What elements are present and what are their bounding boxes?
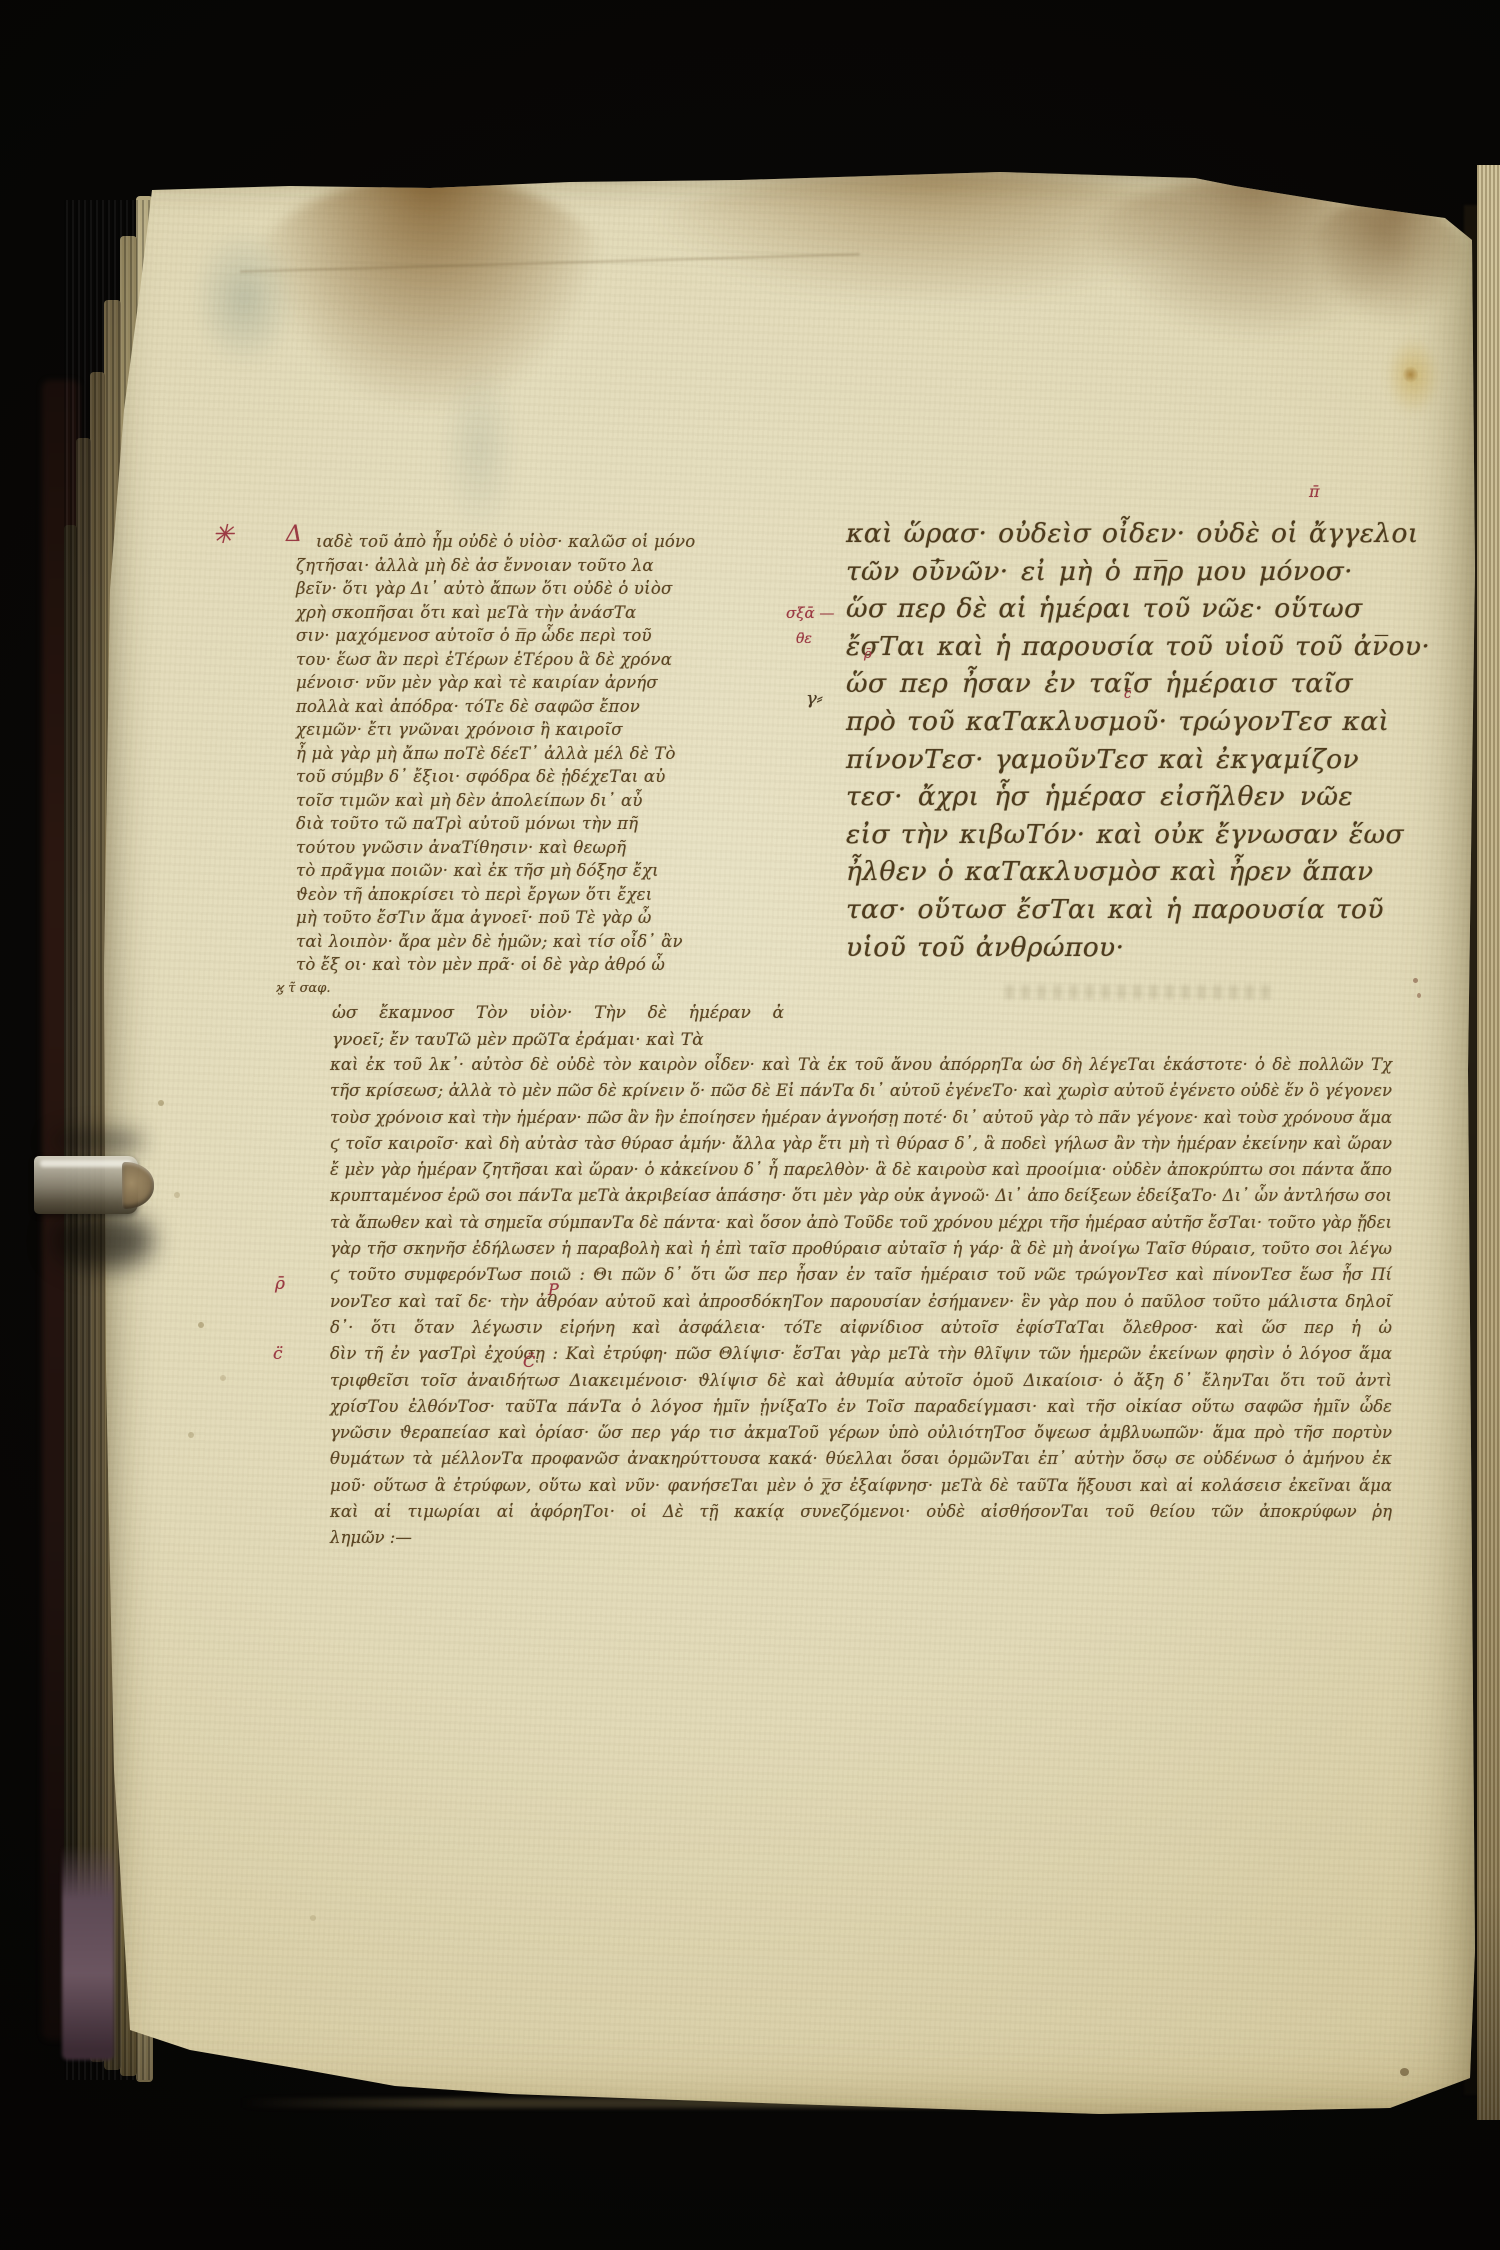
text-line: ὥσ περ δὲ αἱ ἡμέραι τοῦ νῶε· οὕτωσ bbox=[846, 590, 1353, 628]
text-line: ϑεὸν τῆ ἀποκρίσει τὸ περὶ ἔργων ὅτι ἔχει bbox=[296, 883, 596, 907]
commentary-column: ιαδὲ τοῦ ἀπὸ ἧμ οὐδὲ ὁ υἱὸσ· καλῶσ οἱ μό… bbox=[296, 530, 596, 977]
inline-scholion-rho: Ρ̄ bbox=[548, 1282, 559, 1298]
text-line: πίνονΤεσ· γαμοῦνΤεσ καὶ ἐκγαμίζον bbox=[846, 741, 1353, 779]
manuscript-photo: ιαδὲ τοῦ ἀπὸ ἧμ οὐδὲ ὁ υἱὸσ· καλῶσ οἱ μό… bbox=[0, 0, 1500, 2250]
rubric-initial-delta: Δ bbox=[286, 524, 302, 546]
text-line: ὡσ ἔκαμνοσ Τὸν υἱὸν· Τὴν δὲ ἡμέραν ἀ bbox=[332, 1000, 784, 1027]
text-line: τὰ ἄπωθεν καὶ τὰ σημεῖα σύμπανΤα δὲ πάντ… bbox=[330, 1210, 1392, 1236]
text-line: θυμάτων τὰ μέλλονΤα προφανῶσ ἀνακηρύττου… bbox=[330, 1446, 1392, 1472]
text-line: ἦ μὰ γὰρ μὴ ἄπω ποΤὲ δέεΤ᾽ ἀλλὰ μέλ δὲ Τ… bbox=[296, 742, 596, 766]
text-line: διὰ τοῦτο τῶ παΤρὶ αὐτοῦ μόνωι τὴν πῆ bbox=[296, 812, 596, 836]
text-line: τοῦ σύμβν δ᾽ ἔξιοι· σφόδρα δὲ ᾐδέχεΤαι α… bbox=[296, 765, 596, 789]
text-line: ταὶ λοιπὸν· ἄρα μὲν δὲ ἡμῶν; καὶ τίσ οἶδ… bbox=[296, 930, 596, 954]
text-line: ἦλθεν ὁ καΤακλυσμὸσ καὶ ἦρεν ἅπαν bbox=[846, 853, 1353, 891]
burn-stain bbox=[240, 174, 620, 424]
text-line: πολλὰ καὶ ἀπόδρα· τόΤε δὲ σαφῶσ ἔπον bbox=[296, 695, 596, 719]
text-line: καὶ αἱ τιμωρίαι αἱ ἀφόρηΤοι· οἱ Δὲ τῇ κα… bbox=[330, 1499, 1392, 1525]
wax-stain bbox=[1386, 338, 1440, 414]
speck bbox=[1413, 978, 1418, 983]
text-line: υἱοῦ τοῦ ἀνθρώπου· bbox=[846, 929, 1353, 967]
speck bbox=[1400, 2068, 1409, 2076]
commentary-lower-block: καὶ ἐκ τοῦ λκ᾽· αὐτὸσ δὲ οὐδὲ τὸν καιρὸν… bbox=[330, 1052, 1392, 1552]
text-line: τριφθεῖσι τοῖσ ἀναιδήτωσ Διακειμένοισ· ϑ… bbox=[330, 1368, 1392, 1394]
clip-highlight bbox=[40, 1160, 132, 1167]
text-line: τασ· οὕτωσ ἔσΤαι καὶ ἡ παρουσία τοῦ bbox=[846, 891, 1353, 929]
margin-note-kai-saph: ϗ τ̃ σαφ. bbox=[276, 982, 330, 995]
binding-shadow bbox=[62, 1845, 114, 2060]
clip-shadow bbox=[50, 1128, 145, 1154]
show-through-text bbox=[1005, 985, 1270, 999]
text-line: καὶ ἐκ τοῦ λκ᾽· αὐτὸσ δὲ οὐδὲ τὸν καιρὸν… bbox=[330, 1052, 1392, 1078]
text-line: δ᾽· ὅτι ὅταν λέγωσιν εἰρήνη καὶ ἀσφάλεια… bbox=[330, 1315, 1392, 1341]
text-line: κρυπταμένοσ ἐρῶ σοι πάνΤα μεΤὰ ἀκριβείασ… bbox=[330, 1183, 1392, 1209]
rubric-asterisk: ✳ bbox=[212, 522, 234, 548]
ink-smudge bbox=[442, 362, 517, 532]
parchment-crease bbox=[240, 253, 860, 272]
speck bbox=[174, 1192, 180, 1198]
text-line: καὶ ὥρασ· οὐδεὶσ οἶδεν· οὐδὲ οἱ ἄγγελοι bbox=[846, 515, 1353, 553]
text-line: χρίσΤου ἐλθόνΤοσ· ταῦΤα πάνΤα ὁ λόγοσ ἡμ… bbox=[330, 1394, 1392, 1420]
interlinear-rho: ρ̄ bbox=[864, 648, 872, 661]
text-line: ϛ τοῖσ καιροῖσ· καὶ δὴ αὐτὰσ τὰσ θύρασ ἀ… bbox=[330, 1131, 1392, 1157]
fore-edge-texture bbox=[1477, 165, 1500, 2120]
speck bbox=[158, 1100, 164, 1106]
text-line: μὴ τοῦτο ἔσΤιν ἅμα ἀγνοεῖ· ποῦ Τὲ γὰρ ὦ bbox=[296, 906, 596, 930]
text-line: τεσ· ἄχρι ἧσ ἡμέρασ εἰσῆλθεν νῶε bbox=[846, 778, 1353, 816]
text-line: πρὸ τοῦ καΤακλυσμοῦ· τρώγονΤεσ καὶ bbox=[846, 703, 1353, 741]
gospel-text-column: καὶ ὥρασ· οὐδεὶσ οἶδεν· οὐδὲ οἱ ἄγγελοιτ… bbox=[846, 515, 1353, 966]
text-line: χρὴ σκοπῆσαι ὅτι καὶ μεΤὰ τὴν ἀνάσΤα bbox=[296, 601, 596, 625]
text-line: ἔ μὲν γὰρ ἡμέραν ζητῆσαι καὶ ὥραν· ὁ κἀκ… bbox=[330, 1157, 1392, 1183]
text-line: τὸ πρᾶγμα ποιῶν· καὶ ἐκ τῆσ μὴ δόξησ ἔχι bbox=[296, 859, 596, 883]
text-line: δὶν τῆ ἐν γασΤρὶ ἐχούσῃ : Καὶ ἐτρύφη· πῶ… bbox=[330, 1341, 1392, 1367]
text-line: τοῖσ τιμῶν καὶ μὴ δὲν ἀπολείπων δι᾽ αὖ bbox=[296, 789, 596, 813]
text-line: γνῶσιν ϑεραπείασ καὶ ὁρίασ· ὥσ περ γάρ τ… bbox=[330, 1420, 1392, 1446]
quire-number-pi: π̄ bbox=[1309, 484, 1320, 500]
margin-scholion-rho: ρ̄ bbox=[275, 1276, 285, 1293]
text-line: σιν· μαχόμενοσ αὐτοῖσ ὁ π̅ρ ὧδε περὶ τοῦ bbox=[296, 624, 596, 648]
text-line: βεῖν· ὅτι γὰρ Δι᾽ αὐτὸ ἄπων ὅτι οὐδὲ ὁ υ… bbox=[296, 577, 596, 601]
text-line: μοῦ· οὕτωσ ἃ ἐτρύφων, οὕτω καὶ νῦν· φανή… bbox=[330, 1473, 1392, 1499]
burn-stain bbox=[1305, 198, 1465, 328]
burn-stain bbox=[1075, 178, 1405, 343]
clip-shadow bbox=[52, 1212, 154, 1270]
ink-smudge bbox=[192, 228, 297, 368]
speck bbox=[188, 1432, 194, 1438]
text-line: τῆσ κρίσεωσ; ἀλλὰ τὸ μὲν πῶσ δὲ κρίνειν … bbox=[330, 1078, 1392, 1104]
margin-scholion-sigma: c̈ bbox=[273, 1346, 283, 1363]
text-line: τῶν οὐ̅νῶν· εἰ μὴ ὁ πη̅ρ μου μόνοσ· bbox=[846, 553, 1353, 591]
commentary-mid-lines: ὡσ ἔκαμνοσ Τὸν υἱὸν· Τὴν δὲ ἡμέραν ἀγνοε… bbox=[332, 1000, 784, 1054]
text-line: λημῶν :— bbox=[330, 1525, 1392, 1551]
inline-scholion-sigma: C̈ bbox=[523, 1354, 535, 1370]
text-line: τὸ ἔξ οι· καὶ τὸν μὲν πρᾶ· οἱ δὲ γὰρ ἀθρ… bbox=[296, 953, 596, 977]
parchment-page: ιαδὲ τοῦ ἀπὸ ἧμ οὐδὲ ὁ υἱὸσ· καλῶσ οἱ μό… bbox=[100, 170, 1475, 2120]
margin-gamma-mark: γ⸗ bbox=[806, 690, 823, 708]
text-line: γὰρ τῆσ σκηνῆσ ἐδήλωσεν ἡ παραβολὴ καὶ ἡ… bbox=[330, 1236, 1392, 1262]
text-line: ὥσ περ ἦσαν ἐν ταῖσ ἡμέραισ ταῖσ bbox=[846, 665, 1353, 703]
speck bbox=[220, 1375, 226, 1381]
text-line: ϛ τοῦτο συμφερόνΤωσ ποιῶ : Θι πῶν δ᾽ ὅτι… bbox=[330, 1262, 1392, 1288]
text-line: ιαδὲ τοῦ ἀπὸ ἧμ οὐδὲ ὁ υἱὸσ· καλῶσ οἱ μό… bbox=[296, 530, 596, 554]
text-line: εἰσ τὴν κιβωΤόν· καὶ οὐκ ἔγνωσαν ἕωσ bbox=[846, 816, 1353, 854]
wax-stain bbox=[1403, 366, 1418, 383]
speck bbox=[1417, 993, 1421, 998]
speck bbox=[310, 1915, 316, 1921]
canon-number-the: θ̄ε bbox=[796, 632, 812, 646]
speck bbox=[198, 1322, 204, 1328]
text-line: γνοεῖ; ἔν ταυΤῶ μὲν πρῶΤα ἐράμαι· καὶ Τὰ bbox=[332, 1027, 784, 1054]
burn-stain bbox=[645, 170, 1225, 300]
text-line: χειμῶν· ἔτι γνῶναι χρόνοισ ἢ καιροῖσ bbox=[296, 718, 596, 742]
text-line: τοὺσ χρόνοισ καὶ τὴν ἡμέραν· πῶσ ἂν ἣν ἐ… bbox=[330, 1105, 1392, 1131]
marginalia-layer: ✳Δσξᾱ —θ̄εγ⸗ρ̄c̄π̄ϗ τ̃ σαφ.ρ̄c̈Ρ̄C̈ bbox=[100, 170, 1475, 2120]
text-line: τούτου γνῶσιν ἀναΤίθησιν· καὶ θεωρῆ bbox=[296, 836, 596, 860]
text-line: μένοισ· νῦν μὲν γὰρ καὶ τὲ καιρίαν ἀρνήσ bbox=[296, 671, 596, 695]
text-line: του· ἕωσ ἂν περὶ ἑΤέρων ἑΤέρου ἃ δὲ χρόν… bbox=[296, 648, 596, 672]
text-line: ζητῆσαι· ἀλλὰ μὴ δὲ ἀσ ἔννοιαν τοῦτο λα bbox=[296, 554, 596, 578]
text-line: ἔσΤαι καὶ ἡ παρουσία τοῦ υἱοῦ τοῦ ἀν̅ου· bbox=[846, 628, 1353, 666]
text-line: νονΤεσ καὶ ταῖ δε· τὴν ἀθρόαν αὐτοῦ καὶ … bbox=[330, 1289, 1392, 1315]
chapter-number-sxa: σξᾱ — bbox=[786, 606, 834, 621]
interlinear-sigma: c̄ bbox=[1124, 688, 1131, 701]
